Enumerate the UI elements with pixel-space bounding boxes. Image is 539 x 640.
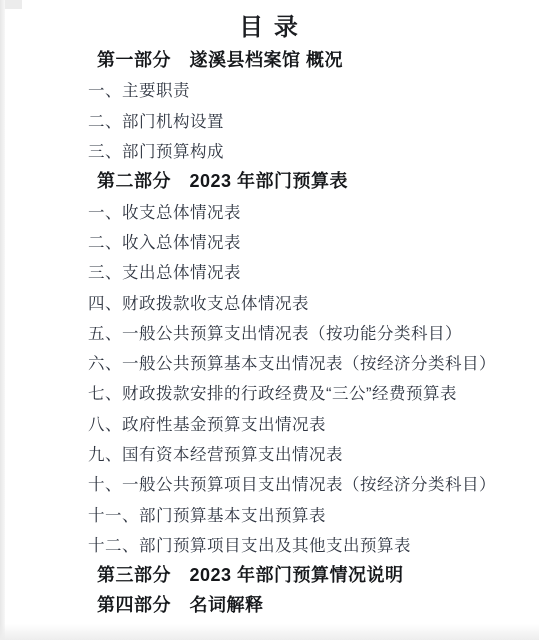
toc-part2-heading: 第二部分 2023 年部门预算表 xyxy=(0,165,539,195)
document-page: 目 录 第一部分 遂溪县档案馆 概况 一、主要职责 二、部门机构设置 三、部门预… xyxy=(0,0,539,640)
toc-item: 五、一般公共预算支出情况表（按功能分类科目） xyxy=(0,317,539,347)
toc-part1-heading: 第一部分 遂溪县档案馆 概况 xyxy=(0,44,539,74)
scan-edge-bottom xyxy=(0,624,539,640)
toc-part3-heading: 第三部分 2023 年部门预算情况说明 xyxy=(0,559,539,589)
toc-item: 六、一般公共预算基本支出情况表（按经济分类科目） xyxy=(0,347,539,377)
toc-item: 八、政府性基金预算支出情况表 xyxy=(0,408,539,438)
toc-item: 三、支出总体情况表 xyxy=(0,256,539,286)
toc-item: 三、部门预算构成 xyxy=(0,135,539,165)
table-of-contents: 第一部分 遂溪县档案馆 概况 一、主要职责 二、部门机构设置 三、部门预算构成 … xyxy=(0,44,539,620)
toc-item: 二、部门机构设置 xyxy=(0,105,539,135)
toc-item: 四、财政拨款收支总体情况表 xyxy=(0,286,539,316)
toc-item: 九、国有资本经营预算支出情况表 xyxy=(0,438,539,468)
page-title: 目 录 xyxy=(0,12,539,44)
toc-item: 十一、部门预算基本支出预算表 xyxy=(0,498,539,528)
toc-item: 十二、部门预算项目支出及其他支出预算表 xyxy=(0,529,539,559)
toc-item: 一、主要职责 xyxy=(0,74,539,104)
toc-part4-heading: 第四部分 名词解释 xyxy=(0,589,539,619)
toc-item: 一、收支总体情况表 xyxy=(0,195,539,225)
toc-item: 二、收入总体情况表 xyxy=(0,226,539,256)
toc-item: 十、一般公共预算项目支出情况表（按经济分类科目） xyxy=(0,468,539,498)
toc-item: 七、财政拨款安排的行政经费及“三公”经费预算表 xyxy=(0,377,539,407)
